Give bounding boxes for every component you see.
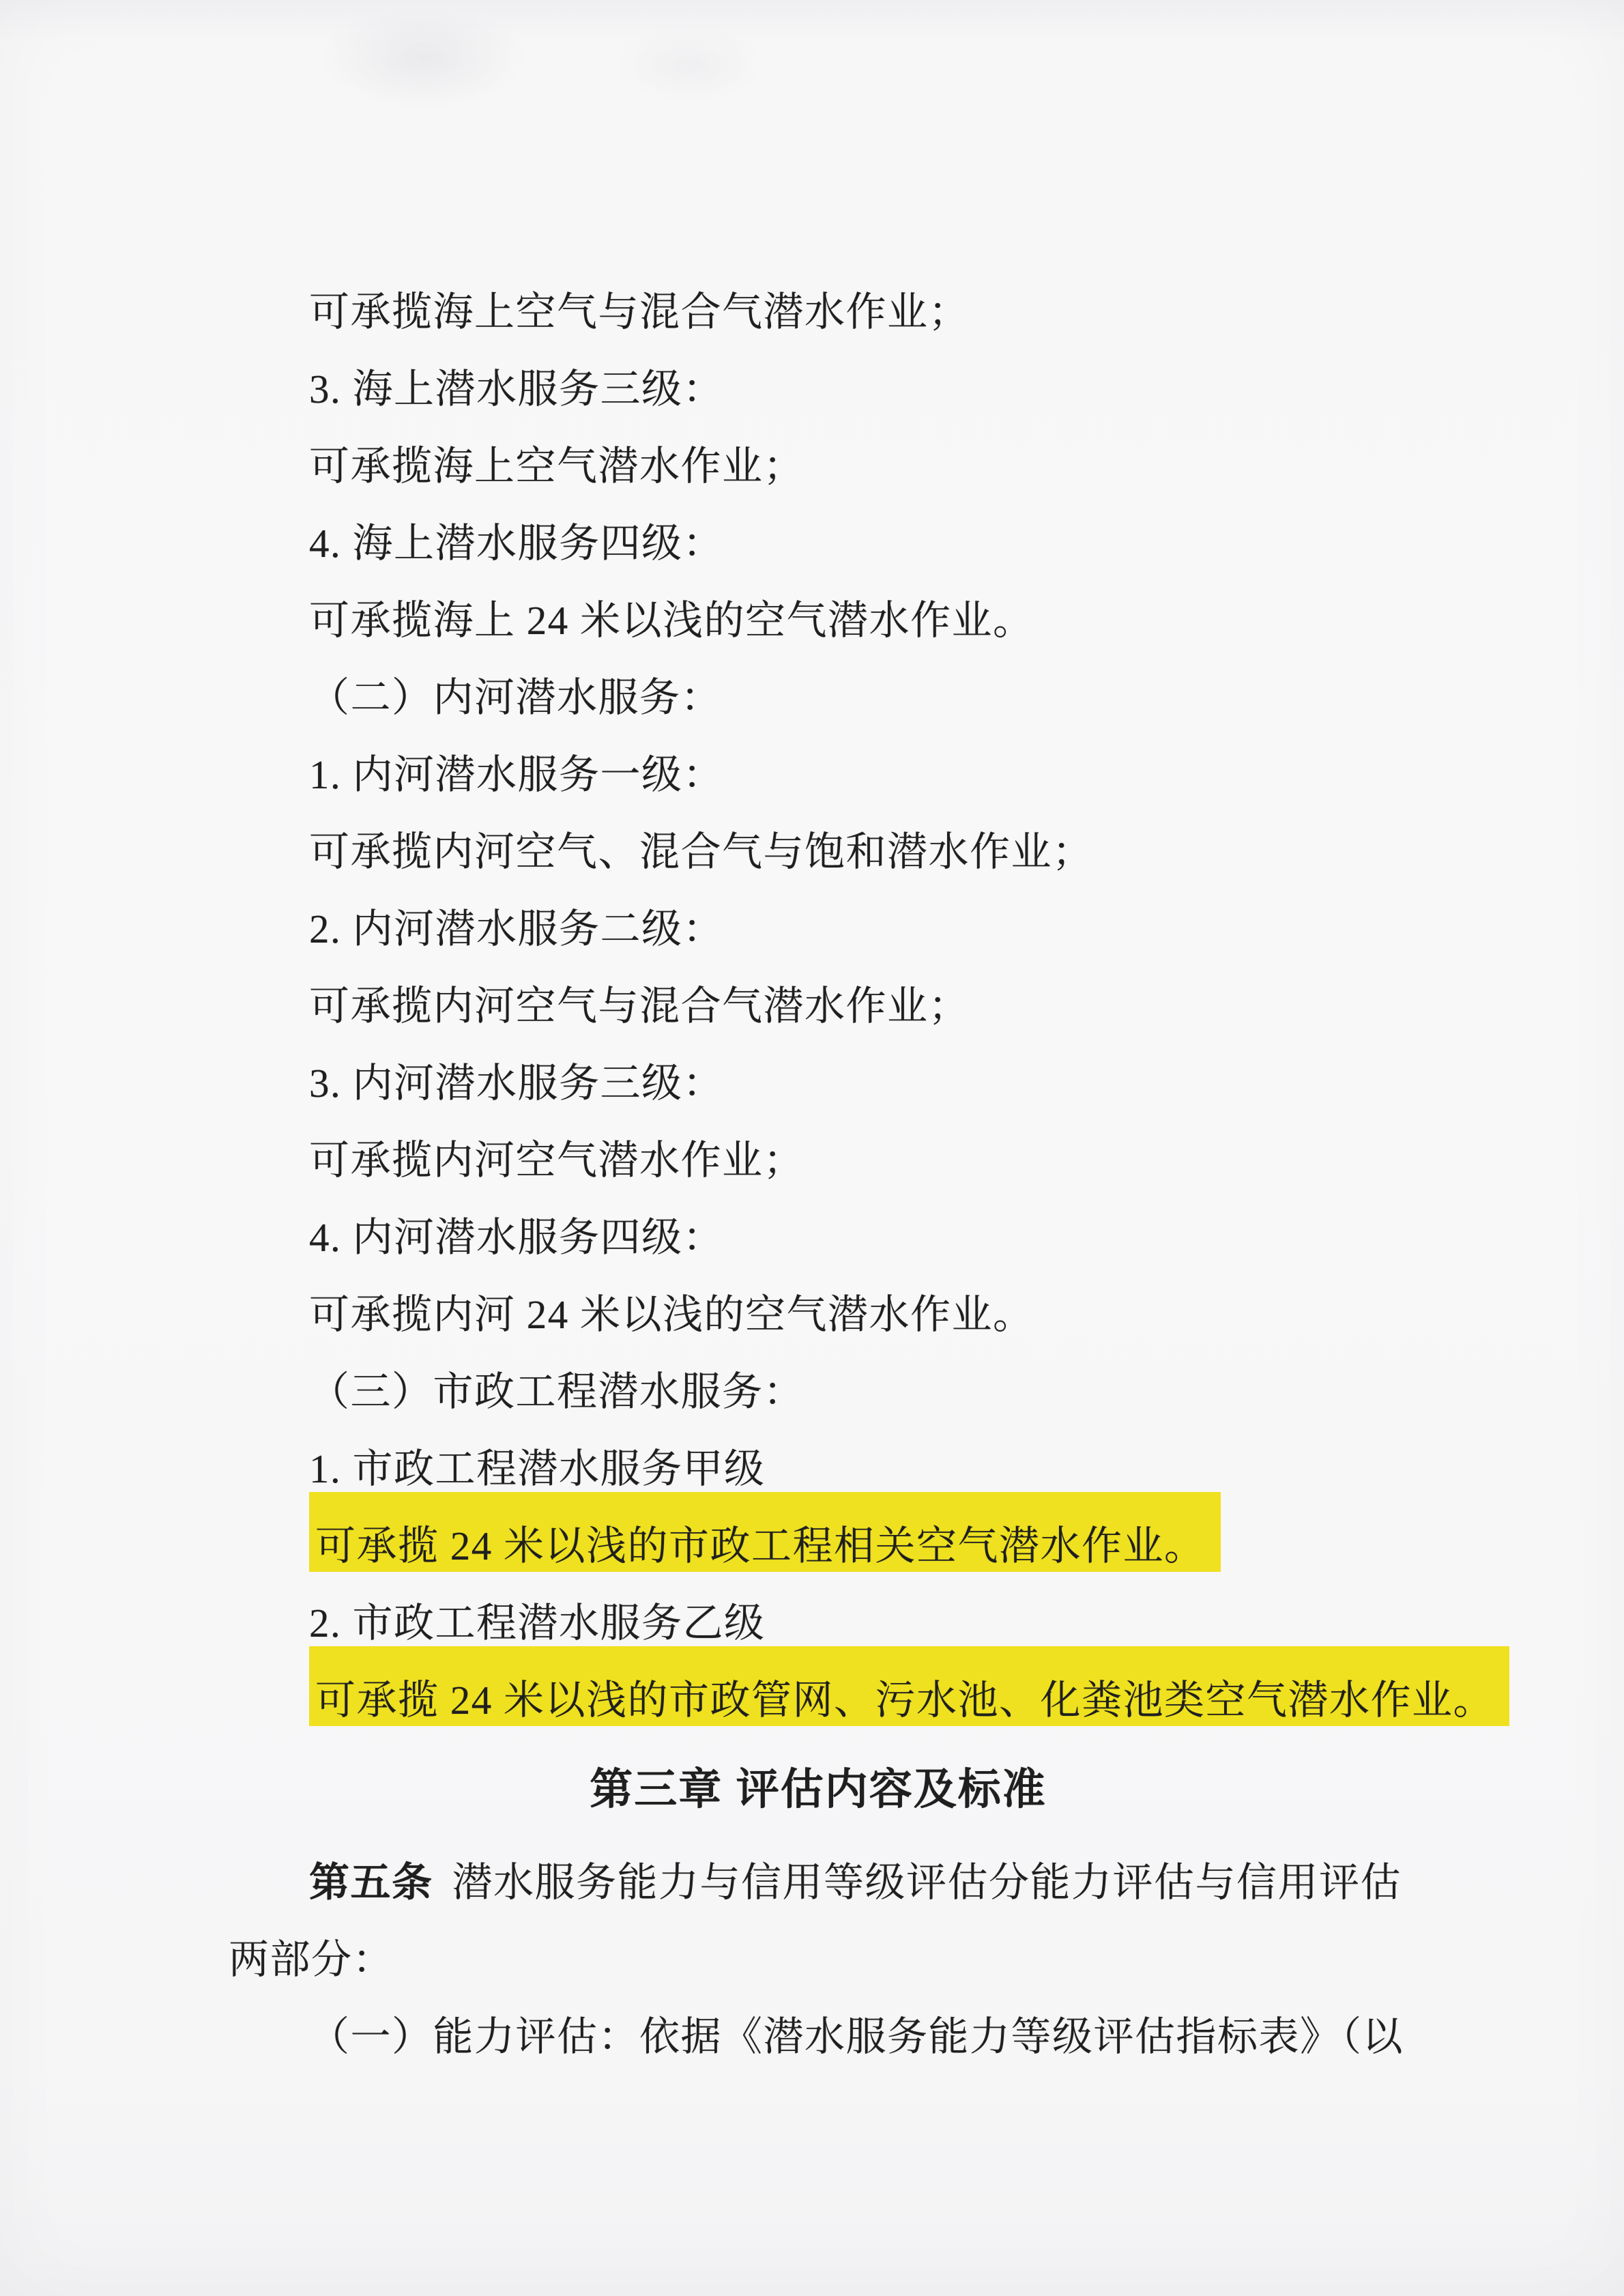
line-text: 可承揽内河空气与混合气潜水作业； [309,984,970,1029]
line-text: 可承揽内河 24 米以浅的空气潜水作业。 [309,1292,1034,1337]
line-text: 3. 海上潜水服务三级： [309,367,724,412]
document-line: 4. 内河潜水服务四级： [229,1199,1408,1276]
article-line: 第五条潜水服务能力与信用等级评估分能力评估与信用评估 [229,1844,1408,1921]
line-text: 1. 市政工程潜水服务甲级 [309,1446,766,1491]
line-text: （一）能力评估：依据《潜水服务能力等级评估指标表》（以 [309,2014,1404,2059]
line-text: （三）市政工程潜水服务： [309,1369,804,1414]
highlighted-text: 可承揽 24 米以浅的市政工程相关空气潜水作业。 [309,1492,1221,1572]
document-line: 可承揽内河 24 米以浅的空气潜水作业。 [229,1276,1408,1353]
line-text: 1. 内河潜水服务一级： [309,752,724,797]
document-line: 两部分： [229,1921,1408,1998]
line-text: 3. 内河潜水服务三级： [309,1061,724,1106]
article-number-bold: 第五条 [309,1860,433,1905]
document-line: 3. 海上潜水服务三级： [229,351,1408,428]
document-body: 可承揽海上空气与混合气潜水作业；3. 海上潜水服务三级：可承揽海上空气潜水作业；… [229,274,1408,2076]
scan-smudge-artifact [614,27,764,102]
document-line: （三）市政工程潜水服务： [229,1353,1408,1431]
chapter-heading: 第三章 评估内容及标准 [229,1749,1408,1831]
line-text: 2. 内河潜水服务二级： [309,906,724,951]
line-text: 4. 内河潜水服务四级： [309,1215,724,1260]
document-line: 可承揽 24 米以浅的市政工程相关空气潜水作业。 [229,1508,1408,1585]
line-text: 第三章 评估内容及标准 [590,1766,1047,1813]
document-line: 可承揽内河空气与混合气潜水作业； [229,968,1408,1045]
document-line: 3. 内河潜水服务三级： [229,1045,1408,1122]
document-line: （一）能力评估：依据《潜水服务能力等级评估指标表》（以 [229,1998,1408,2076]
document-line: 可承揽内河空气潜水作业； [229,1122,1408,1199]
line-text: 可承揽海上 24 米以浅的空气潜水作业。 [309,598,1034,643]
scanned-document-page: 可承揽海上空气与混合气潜水作业；3. 海上潜水服务三级：可承揽海上空气潜水作业；… [0,0,1624,2296]
highlighted-text: 可承揽 24 米以浅的市政管网、污水池、化粪池类空气潜水作业。 [309,1646,1509,1726]
document-line: 可承揽 24 米以浅的市政管网、污水池、化粪池类空气潜水作业。 [229,1662,1408,1739]
line-text: 可承揽内河空气潜水作业； [309,1138,804,1183]
document-line: 可承揽海上空气与混合气潜水作业； [229,274,1408,351]
line-text: 潜水服务能力与信用等级评估分能力评估与信用评估 [452,1860,1402,1905]
line-text: 4. 海上潜水服务四级： [309,521,724,566]
document-line: 可承揽海上空气潜水作业； [229,428,1408,505]
line-text: （二）内河潜水服务： [309,675,722,720]
document-line: 4. 海上潜水服务四级： [229,505,1408,582]
line-text: 两部分： [229,1937,394,1982]
document-line: 可承揽内河空气、混合气与饱和潜水作业； [229,814,1408,891]
document-line: 1. 内河潜水服务一级： [229,736,1408,814]
line-text: 可承揽海上空气潜水作业； [309,444,804,489]
scan-smudge-artifact [321,7,525,109]
document-line: 可承揽海上 24 米以浅的空气潜水作业。 [229,582,1408,659]
line-text: 2. 市政工程潜水服务乙级 [309,1601,766,1646]
document-line: （二）内河潜水服务： [229,659,1408,736]
line-text: 可承揽内河空气、混合气与饱和潜水作业； [309,829,1094,874]
line-text: 可承揽海上空气与混合气潜水作业； [309,289,970,334]
document-line: 2. 内河潜水服务二级： [229,891,1408,968]
